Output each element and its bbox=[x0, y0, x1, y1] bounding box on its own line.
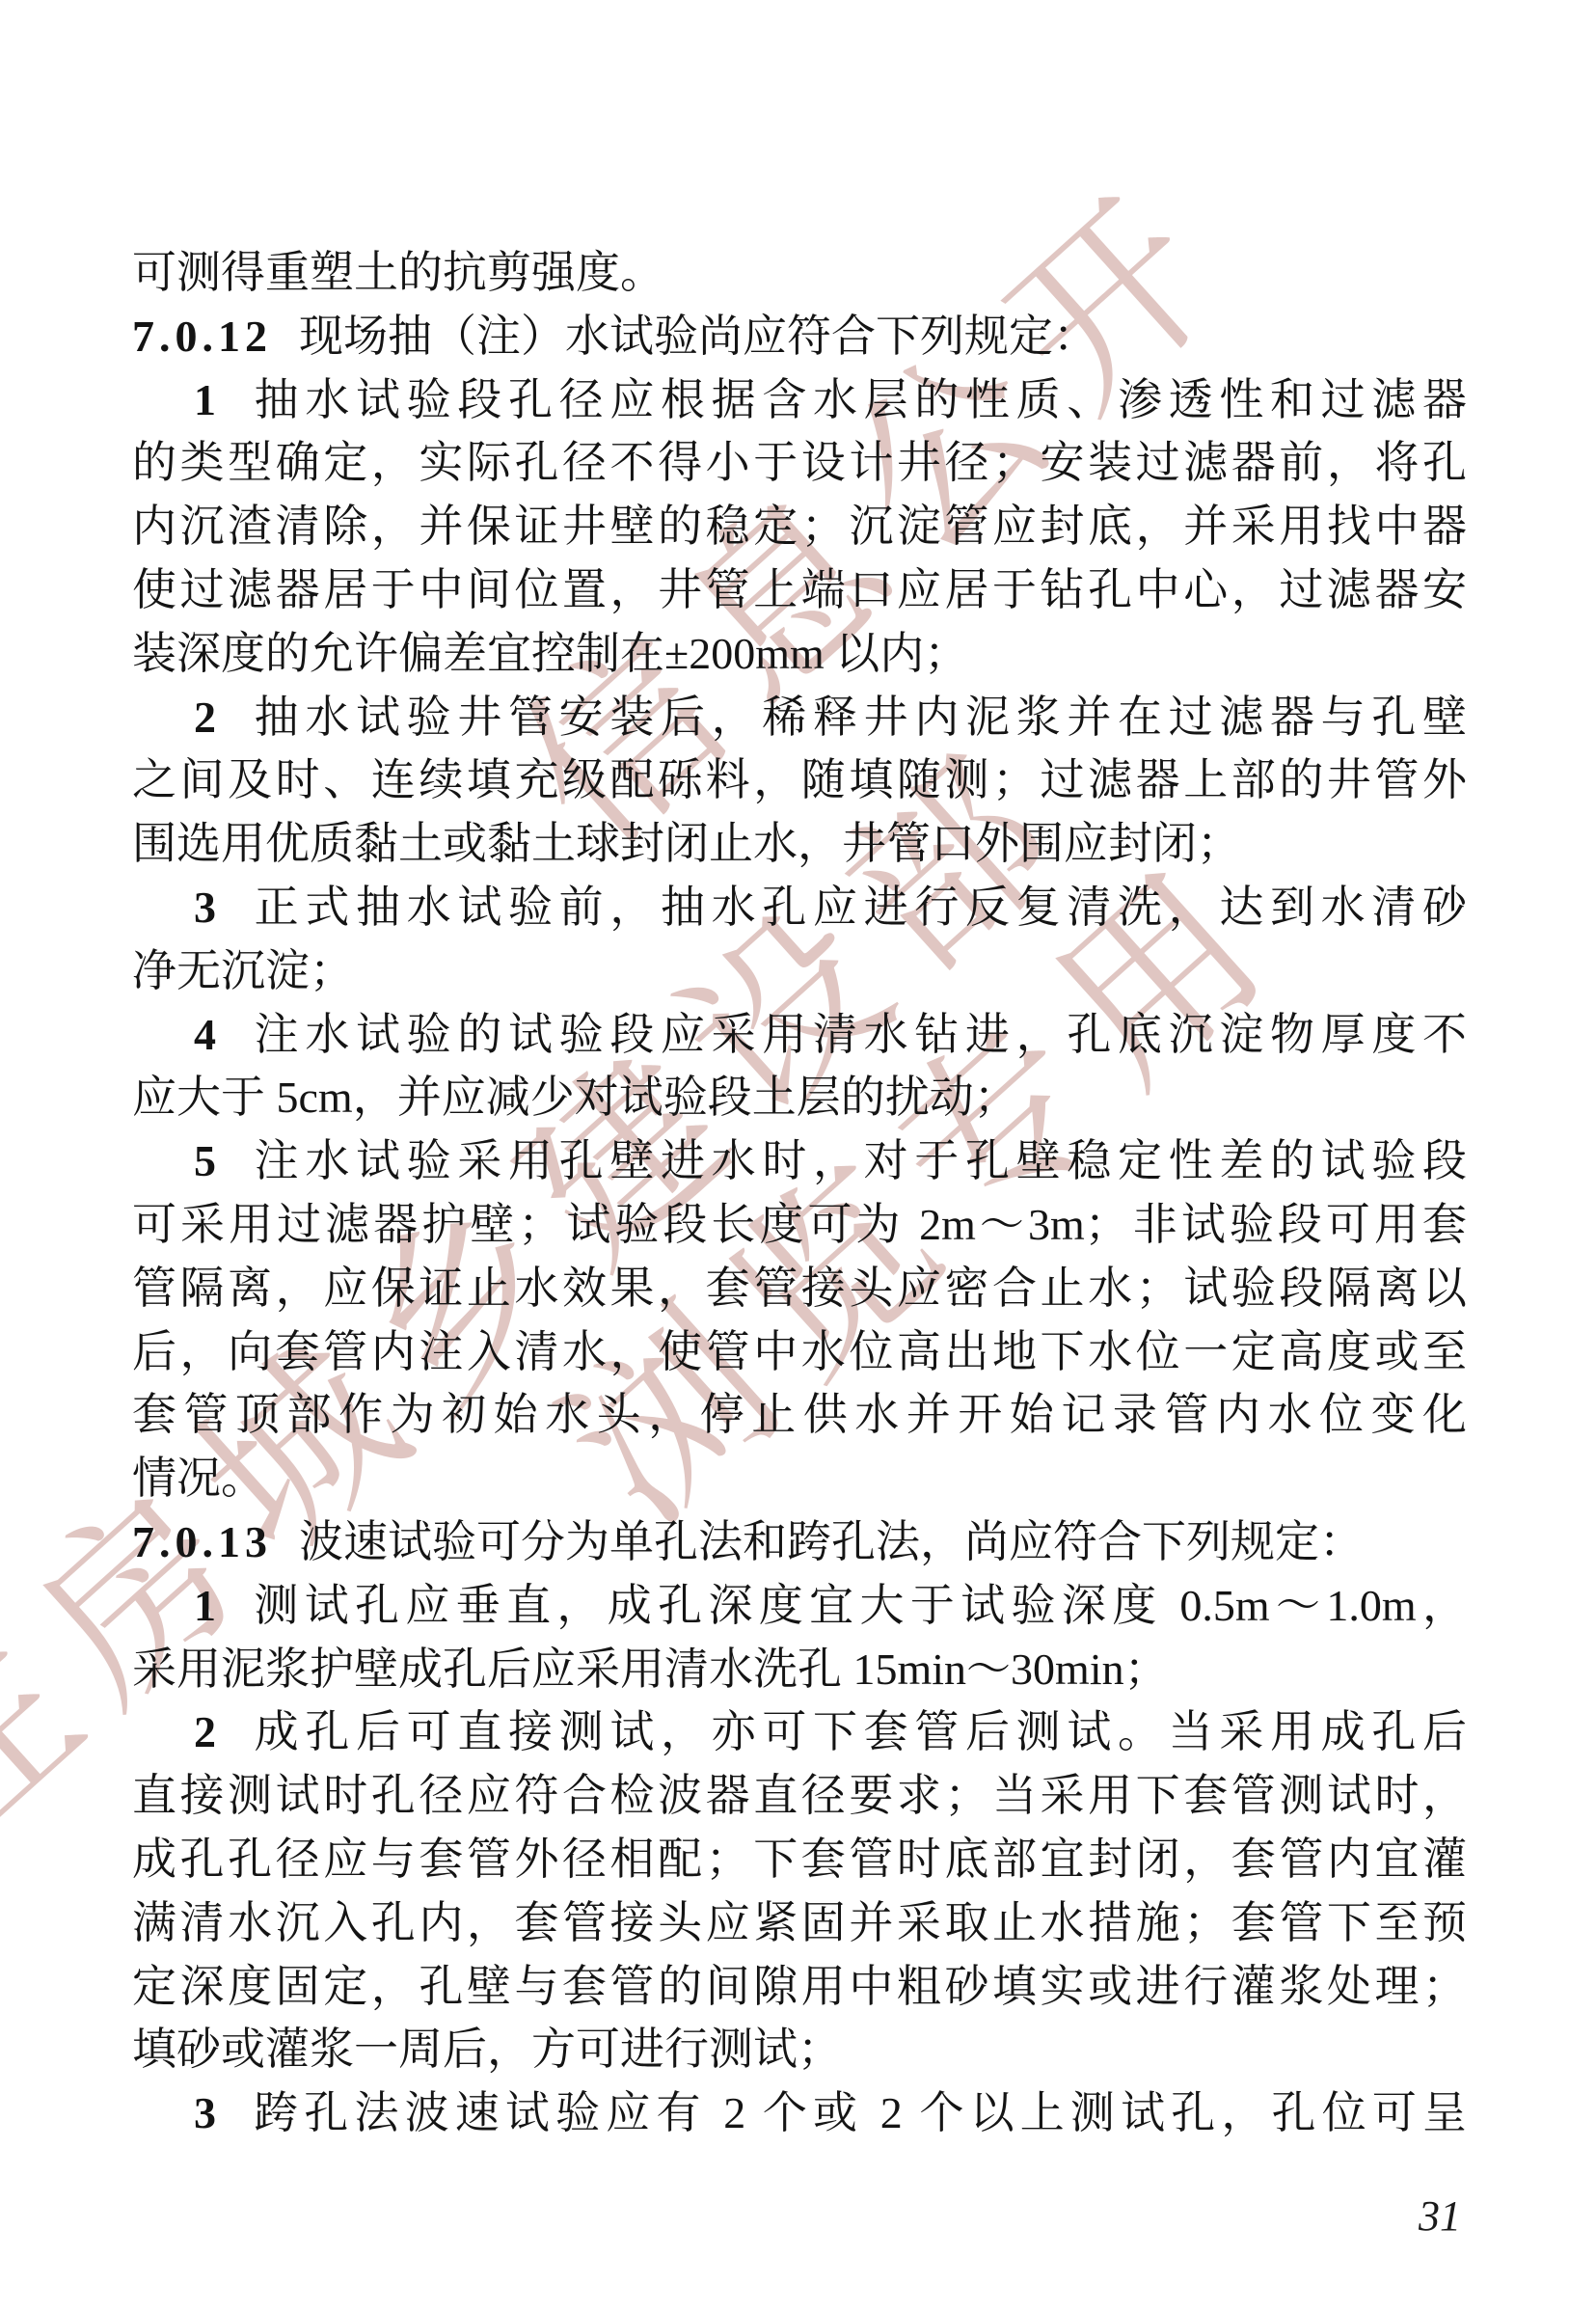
line-text: 正式抽水试验前，抽水孔应进行反复清洗，达到水清砂 bbox=[248, 883, 1467, 932]
text-line: 定深度固定，孔壁与套管的间隙用中粗砂填实或进行灌浆处理； bbox=[132, 1955, 1467, 2019]
text-line: 套管顶部作为初始水头，停止供水并开始记录管内水位变化 bbox=[132, 1383, 1467, 1447]
line-text: 直接测试时孔径应符合检波器直径要求；当采用下套管测试时， bbox=[132, 1771, 1467, 1820]
line-text: 成孔后可直接测试，亦可下套管后测试。当采用成孔后 bbox=[248, 1707, 1467, 1756]
line-text: 使过滤器居于中间位置，井管上端口应居于钻孔中心，过滤器安 bbox=[132, 565, 1467, 614]
clause-number: 3 bbox=[194, 883, 221, 932]
text-line: 满清水沉入孔内，套管接头应紧固并采取止水措施；套管下至预 bbox=[132, 1891, 1467, 1955]
text-line: 5注水试验采用孔壁进水时，对于孔壁稳定性差的试验段 bbox=[132, 1129, 1467, 1193]
text-line: 情况。 bbox=[132, 1447, 1467, 1510]
text-line: 3跨孔法波速试验应有 2 个或 2 个以上测试孔，孔位可呈 bbox=[132, 2081, 1467, 2145]
line-text: 抽水试验段孔径应根据含水层的性质、渗透性和过滤器 bbox=[248, 375, 1467, 424]
clause-number: 7.0.13 bbox=[132, 1517, 272, 1566]
line-text: 定深度固定，孔壁与套管的间隙用中粗砂填实或进行灌浆处理； bbox=[132, 1962, 1467, 2011]
text-line: 直接测试时孔径应符合检波器直径要求；当采用下套管测试时， bbox=[132, 1764, 1467, 1828]
text-line: 1抽水试验段孔径应根据含水层的性质、渗透性和过滤器 bbox=[132, 368, 1467, 432]
page-number: 31 bbox=[1419, 2191, 1461, 2241]
text-line: 后，向套管内注入清水，使管中水位高出地下水位一定高度或至 bbox=[132, 1320, 1467, 1384]
line-text: 满清水沉入孔内，套管接头应紧固并采取止水措施；套管下至预 bbox=[132, 1898, 1467, 1947]
text-line: 成孔孔径应与套管外径相配；下套管时底部宜封闭，套管内宜灌 bbox=[132, 1828, 1467, 1891]
line-text: 填砂或灌浆一周后，方可进行测试； bbox=[132, 2025, 842, 2074]
text-line: 填砂或灌浆一周后，方可进行测试； bbox=[132, 2018, 1467, 2081]
text-line: 之间及时、连续填充级配砾料，随填随测；过滤器上部的井管外 bbox=[132, 748, 1467, 812]
text-line: 7.0.13波速试验可分为单孔法和跨孔法，尚应符合下列规定： bbox=[132, 1510, 1467, 1574]
text-line: 可采用过滤器护壁；试验段长度可为 2m～3m；非试验段可用套 bbox=[132, 1193, 1467, 1257]
clause-number: 4 bbox=[194, 1010, 221, 1059]
clause-number: 7.0.12 bbox=[132, 312, 272, 361]
line-text: 应大于 5cm，并应减少对试验段土层的扰动； bbox=[132, 1073, 1018, 1122]
text-line: 的类型确定，实际孔径不得小于设计井径；安装过滤器前，将孔 bbox=[132, 431, 1467, 495]
line-text: 波速试验可分为单孔法和跨孔法，尚应符合下列规定： bbox=[299, 1517, 1364, 1566]
line-text: 净无沉淀； bbox=[132, 946, 354, 995]
line-text: 现场抽（注）水试验尚应符合下列规定： bbox=[299, 312, 1097, 361]
line-text: 跨孔法波速试验应有 2 个或 2 个以上测试孔，孔位可呈 bbox=[248, 2088, 1467, 2137]
line-text: 可采用过滤器护壁；试验段长度可为 2m～3m；非试验段可用套 bbox=[132, 1200, 1467, 1249]
text-line: 7.0.12现场抽（注）水试验尚应符合下列规定： bbox=[132, 305, 1467, 368]
text-line: 装深度的允许偏差宜控制在±200mm 以内； bbox=[132, 622, 1467, 686]
clause-number: 3 bbox=[194, 2088, 221, 2137]
line-text: 采用泥浆护壁成孔后应采用清水洗孔 15min～30min； bbox=[132, 1645, 1169, 1694]
document-page: 住房城乡建设部信息公开浏览专用 可测得重塑土的抗剪强度。7.0.12现场抽（注）… bbox=[0, 0, 1596, 2311]
text-line: 可测得重塑土的抗剪强度。 bbox=[132, 241, 1467, 305]
clause-number: 2 bbox=[194, 693, 221, 742]
line-text: 注水试验采用孔壁进水时，对于孔壁稳定性差的试验段 bbox=[248, 1136, 1467, 1185]
text-line: 1测试孔应垂直，成孔深度宜大于试验深度 0.5m～1.0m， bbox=[132, 1574, 1467, 1638]
clause-number: 2 bbox=[194, 1707, 221, 1756]
line-text: 的类型确定，实际孔径不得小于设计井径；安装过滤器前，将孔 bbox=[132, 438, 1467, 487]
text-line: 应大于 5cm，并应减少对试验段土层的扰动； bbox=[132, 1066, 1467, 1129]
text-line: 4注水试验的试验段应采用清水钻进，孔底沉淀物厚度不 bbox=[132, 1003, 1467, 1067]
text-line: 2抽水试验井管安装后，稀释井内泥浆并在过滤器与孔壁 bbox=[132, 686, 1467, 749]
clause-number: 5 bbox=[194, 1136, 221, 1185]
text-line: 2成孔后可直接测试，亦可下套管后测试。当采用成孔后 bbox=[132, 1700, 1467, 1764]
text-line: 围选用优质黏土或黏土球封闭止水，井管口外围应封闭； bbox=[132, 812, 1467, 876]
text-line: 3正式抽水试验前，抽水孔应进行反复清洗，达到水清砂 bbox=[132, 876, 1467, 939]
text-line: 管隔离，应保证止水效果，套管接头应密合止水；试验段隔离以 bbox=[132, 1257, 1467, 1320]
line-text: 管隔离，应保证止水效果，套管接头应密合止水；试验段隔离以 bbox=[132, 1264, 1467, 1313]
line-text: 可测得重塑土的抗剪强度。 bbox=[132, 248, 664, 297]
text-line: 使过滤器居于中间位置，井管上端口应居于钻孔中心，过滤器安 bbox=[132, 558, 1467, 622]
line-text: 装深度的允许偏差宜控制在±200mm 以内； bbox=[132, 629, 968, 678]
line-text: 套管顶部作为初始水头，停止供水并开始记录管内水位变化 bbox=[132, 1390, 1467, 1439]
text-line: 内沉渣清除，并保证井壁的稳定；沉淀管应封底，并采用找中器 bbox=[132, 495, 1467, 558]
text-block: 可测得重塑土的抗剪强度。7.0.12现场抽（注）水试验尚应符合下列规定：1抽水试… bbox=[132, 241, 1467, 2145]
line-text: 成孔孔径应与套管外径相配；下套管时底部宜封闭，套管内宜灌 bbox=[132, 1835, 1467, 1884]
clause-number: 1 bbox=[194, 1581, 221, 1630]
line-text: 抽水试验井管安装后，稀释井内泥浆并在过滤器与孔壁 bbox=[248, 693, 1467, 742]
line-text: 内沉渣清除，并保证井壁的稳定；沉淀管应封底，并采用找中器 bbox=[132, 502, 1467, 551]
line-text: 测试孔应垂直，成孔深度宜大于试验深度 0.5m～1.0m， bbox=[248, 1581, 1467, 1630]
text-line: 采用泥浆护壁成孔后应采用清水洗孔 15min～30min； bbox=[132, 1638, 1467, 1701]
line-text: 围选用优质黏土或黏土球封闭止水，井管口外围应封闭； bbox=[132, 819, 1241, 868]
line-text: 之间及时、连续填充级配砾料，随填随测；过滤器上部的井管外 bbox=[132, 755, 1467, 804]
clause-number: 1 bbox=[194, 375, 221, 424]
line-text: 注水试验的试验段应采用清水钻进，孔底沉淀物厚度不 bbox=[248, 1010, 1467, 1059]
line-text: 后，向套管内注入清水，使管中水位高出地下水位一定高度或至 bbox=[132, 1327, 1467, 1376]
text-line: 净无沉淀； bbox=[132, 939, 1467, 1003]
line-text: 情况。 bbox=[132, 1454, 265, 1503]
